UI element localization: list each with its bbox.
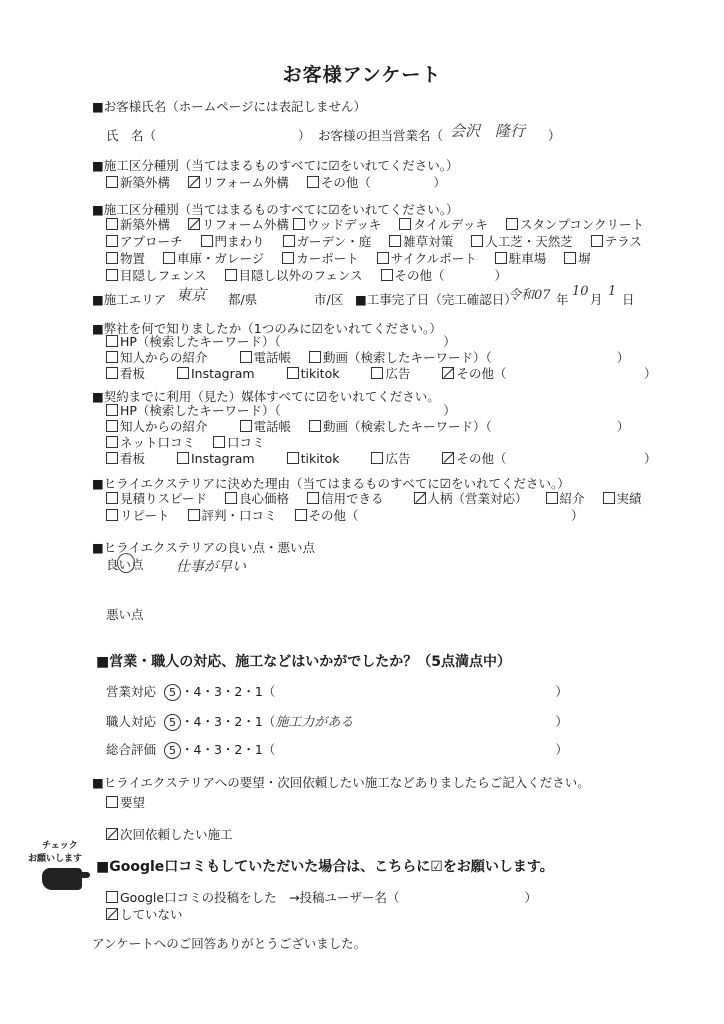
media-used-options: HP（検索したキーワード）（ ） 知人からの紹介 電話帳 動画（検索したキーワー… xyxy=(106,403,670,467)
checkbox-option[interactable]: 看板 xyxy=(106,451,145,466)
checkbox[interactable] xyxy=(295,509,307,521)
checkbox-option[interactable]: ネット口コミ xyxy=(106,435,195,450)
checkbox-option[interactable]: Google口コミの投稿をした →投稿ユーザー名（ ） xyxy=(106,888,537,906)
checkbox[interactable] xyxy=(506,218,518,230)
requests-heading: ■ヒライエクステリアへの要望・次回依頼したい施工などありましたらご記入ください。 xyxy=(92,773,590,791)
google-heading: ■Google口コミもしていただいた場合は、こちらに☑をお願いします。 xyxy=(96,856,554,876)
checkbox-option[interactable]: その他（ ） xyxy=(442,366,656,381)
checkbox[interactable] xyxy=(591,235,603,247)
checkbox[interactable] xyxy=(309,351,321,363)
checkbox-option[interactable]: 要望 xyxy=(106,793,145,811)
name-close: ） xyxy=(298,126,311,144)
rating-heading: ■営業・職人の対応、施工などはいかがでしたか？（5点満点中） xyxy=(96,651,511,671)
checkbox[interactable] xyxy=(603,492,615,504)
checkbox[interactable] xyxy=(495,252,507,264)
option-row: 知人からの紹介 電話帳 動画（検索したキーワード）（ ） xyxy=(106,350,670,366)
checkbox-option[interactable]: HP（検索したキーワード）（ ） xyxy=(106,403,456,418)
sales-label: お客様の担当営業名（ xyxy=(318,126,443,144)
checkbox-option[interactable]: 看板 xyxy=(106,366,145,381)
checkbox[interactable] xyxy=(106,420,118,432)
construction-detail-options: 新築外構 リフォーム外構 ウッドデッキ タイルデッキ スタンプコンクリート アプ… xyxy=(106,216,658,284)
checkbox-option[interactable]: 塀 xyxy=(564,251,591,266)
checkbox-option[interactable]: 車庫・ガレージ xyxy=(163,251,264,266)
checkbox-option[interactable]: 人柄（営業対応） xyxy=(414,491,528,506)
month-field[interactable]: 10 xyxy=(572,284,589,299)
checkbox-checked[interactable] xyxy=(106,828,118,840)
rating-selected-5[interactable]: 5 xyxy=(164,684,181,701)
checkbox-option[interactable]: 目隠し以外のフェンス xyxy=(225,268,363,283)
checkbox[interactable] xyxy=(163,252,175,264)
construction-type-heading: ■施工区分種別（当てはまるものすべてに☑をいれてください。） xyxy=(92,156,459,174)
checkbox-option[interactable]: Instagram xyxy=(177,366,255,381)
checkbox[interactable] xyxy=(546,492,558,504)
pointing-hand-icon xyxy=(42,868,82,890)
checkbox-checked[interactable] xyxy=(188,218,200,230)
reason-options: 見積りスピード 良心価格 信用できる 人柄（営業対応） 紹介 実績 リピート 評… xyxy=(106,490,656,524)
checkbox-option[interactable]: ウッドデッキ xyxy=(293,217,382,232)
option-row: ネット口コミ 口コミ xyxy=(106,435,670,451)
checkbox-option[interactable]: リピート xyxy=(106,508,170,523)
rating-scale[interactable]: ・4・3・2・1（ xyxy=(181,684,275,699)
option-row: 見積りスピード 良心価格 信用できる 人柄（営業対応） 紹介 実績 xyxy=(106,490,656,507)
checkbox[interactable] xyxy=(177,452,189,464)
construction-type-options: 新築外構 リフォーム外構 その他（ ） xyxy=(106,173,460,191)
checkbox[interactable] xyxy=(399,218,411,230)
rating-label: 総合評価 xyxy=(106,742,156,757)
checkbox-option[interactable]: ガーデン・庭 xyxy=(283,234,372,249)
checkbox-option[interactable]: 見積りスピード xyxy=(106,491,207,506)
checkbox-option[interactable]: 電話帳 xyxy=(240,350,292,365)
good-circle-mark xyxy=(117,553,135,573)
rating-selected-5[interactable]: 5 xyxy=(164,714,181,731)
checkbox-option[interactable]: tikitok xyxy=(287,366,340,381)
checkbox[interactable] xyxy=(106,452,118,464)
checkbox-option[interactable]: HP（検索したキーワード）（ ） xyxy=(106,334,456,349)
checkbox-option[interactable]: 新築外構 xyxy=(106,175,170,190)
year-suffix: 年 xyxy=(556,290,569,308)
checkbox[interactable] xyxy=(471,235,483,247)
checkbox-option[interactable]: 動画（検索したキーワード）（ ） xyxy=(309,419,629,434)
checkbox[interactable] xyxy=(106,252,118,264)
how-known-options: HP（検索したキーワード）（ ） 知人からの紹介 電話帳 動画（検索したキーワー… xyxy=(106,334,670,382)
checkbox[interactable] xyxy=(309,420,321,432)
name-heading: ■お客様氏名（ホームページには表記しません） xyxy=(92,97,366,115)
checkbox[interactable] xyxy=(106,218,118,230)
checkbox-option[interactable]: Instagram xyxy=(177,451,255,466)
checkbox-option[interactable]: tikitok xyxy=(287,451,340,466)
checkbox[interactable] xyxy=(225,492,237,504)
checkbox[interactable] xyxy=(213,436,225,448)
checkbox[interactable] xyxy=(240,351,252,363)
month-suffix: 月 xyxy=(590,290,603,308)
checkbox-option[interactable]: 動画（検索したキーワード）（ ） xyxy=(309,350,629,365)
prefecture-suffix: 都/県 xyxy=(228,290,257,308)
checkbox[interactable] xyxy=(106,176,118,188)
sales-close: ） xyxy=(548,126,561,144)
checkbox[interactable] xyxy=(106,796,118,808)
checkbox-option[interactable]: 広告 xyxy=(371,366,410,381)
day-field[interactable]: 1 xyxy=(608,284,616,299)
page-title: お客様アンケート xyxy=(0,60,724,87)
checkbox-checked[interactable] xyxy=(414,492,426,504)
option-row: 物置 車庫・ガレージ カーポート サイクルポート 駐車場 塀 xyxy=(106,250,658,267)
rating-scale[interactable]: ・4・3・2・1（ xyxy=(181,714,275,729)
checkbox[interactable] xyxy=(106,235,118,247)
checkbox[interactable] xyxy=(225,269,237,281)
checkbox-option[interactable]: リフォーム外構 xyxy=(188,175,289,190)
checkbox-option[interactable]: その他（ ） xyxy=(295,508,584,523)
rating-row: 職人対応 5・4・3・2・1（施工力がある） xyxy=(106,711,568,731)
area-label: ■施工エリア xyxy=(92,290,166,308)
checkbox-option[interactable]: テラス xyxy=(591,234,642,249)
checkbox-option[interactable]: 広告 xyxy=(371,451,410,466)
rating-comment[interactable]: 施工力がある xyxy=(275,711,555,730)
checkbox[interactable] xyxy=(188,509,200,521)
checkbox[interactable] xyxy=(106,269,118,281)
checkbox[interactable] xyxy=(564,252,576,264)
checkbox-option[interactable]: 良心価格 xyxy=(225,491,289,506)
checkbox-option[interactable]: タイルデッキ xyxy=(399,217,488,232)
checkbox-option[interactable]: 紹介 xyxy=(546,491,585,506)
checkbox-option[interactable]: 物置 xyxy=(106,251,145,266)
checkbox[interactable] xyxy=(106,492,118,504)
checkbox-option[interactable]: その他（ ） xyxy=(381,268,508,283)
checkbox[interactable] xyxy=(106,367,118,379)
name-label: 氏 名（ xyxy=(106,126,156,144)
checkbox-checked[interactable] xyxy=(442,452,454,464)
checkbox-checked[interactable] xyxy=(106,908,118,920)
checkbox[interactable] xyxy=(381,269,393,281)
checkbox-option[interactable]: カーポート xyxy=(282,251,359,266)
option-row: 目隠しフェンス 目隠し以外のフェンス その他（ ） xyxy=(106,267,658,284)
checkbox[interactable] xyxy=(240,420,252,432)
checkbox-option[interactable]: 雑草対策 xyxy=(389,234,453,249)
checkbox-option[interactable]: サイクルポート xyxy=(377,251,477,266)
checkbox-option[interactable]: 信用できる xyxy=(307,491,384,506)
checkbox[interactable] xyxy=(106,891,118,903)
checkbox-option[interactable]: 知人からの紹介 xyxy=(106,350,208,365)
checkbox[interactable] xyxy=(377,252,389,264)
sales-rep-field[interactable]: 会沢 隆行 xyxy=(450,120,525,141)
bad-point-label: 悪い点 xyxy=(106,605,144,623)
checkbox-checked[interactable] xyxy=(188,176,200,188)
checkbox-option[interactable]: 次回依頼したい施工 xyxy=(106,825,233,843)
good-point-field[interactable]: 仕事が早い xyxy=(176,556,246,576)
footer-thanks: アンケートへのご回答ありがとうございました。 xyxy=(92,934,366,952)
checkbox-checked[interactable] xyxy=(442,367,454,379)
checkbox-option[interactable]: スタンプコンクリート xyxy=(506,217,644,232)
checkbox[interactable] xyxy=(282,252,294,264)
option-row: 新築外構 リフォーム外構 ウッドデッキ タイルデッキ スタンプコンクリート xyxy=(106,216,658,233)
option-row: 看板 Instagram tikitok 広告 その他（ ） xyxy=(106,451,670,467)
option-row: HP（検索したキーワード）（ ） xyxy=(106,334,670,350)
checkbox-option[interactable]: 目隠しフェンス xyxy=(106,268,207,283)
checkbox[interactable] xyxy=(106,351,118,363)
checkbox[interactable] xyxy=(371,452,383,464)
option-row: リピート 評判・口コミ その他（ ） xyxy=(106,507,656,524)
checkbox-option[interactable]: 知人からの紹介 xyxy=(106,419,208,434)
day-suffix: 日 xyxy=(622,290,635,308)
checkbox[interactable] xyxy=(287,367,299,379)
checkbox[interactable] xyxy=(389,235,401,247)
checkbox-option[interactable]: 門まわり xyxy=(201,234,265,249)
completion-date-label: ■工事完了日（完工確認日） xyxy=(355,290,517,308)
checkbox[interactable] xyxy=(307,176,319,188)
rating-label: 職人対応 xyxy=(106,714,156,729)
checkbox-option[interactable]: 実績 xyxy=(603,491,642,506)
check-note-line2: お願いします xyxy=(28,851,82,864)
rating-label: 営業対応 xyxy=(106,684,156,699)
checkbox[interactable] xyxy=(106,436,118,448)
checkbox-option[interactable]: 評判・口コミ xyxy=(188,508,277,523)
checkbox-option[interactable]: 電話帳 xyxy=(240,419,292,434)
rating-row: 総合評価 5・4・3・2・1（） xyxy=(106,740,568,759)
checkbox[interactable] xyxy=(201,235,213,247)
checkbox[interactable] xyxy=(307,492,319,504)
rating-row: 営業対応 5・4・3・2・1（） xyxy=(106,682,568,701)
checkbox-option[interactable]: その他（ ） xyxy=(307,175,446,190)
option-row: HP（検索したキーワード）（ ） xyxy=(106,403,670,419)
option-row: 知人からの紹介 電話帳 動画（検索したキーワード）（ ） xyxy=(106,419,670,435)
city-suffix: 市/区 xyxy=(314,290,343,308)
checkbox[interactable] xyxy=(287,452,299,464)
checkbox[interactable] xyxy=(177,367,189,379)
era-year-field[interactable]: 令和07 xyxy=(508,284,551,303)
option-row: 看板 Instagram tikitok 広告 その他（ ） xyxy=(106,366,670,382)
check-note-line1: チェック xyxy=(42,838,78,851)
checkbox[interactable] xyxy=(293,218,305,230)
checkbox[interactable] xyxy=(106,509,118,521)
checkbox-option[interactable]: 口コミ xyxy=(213,435,265,450)
checkbox[interactable] xyxy=(106,335,118,347)
rating-scale[interactable]: ・4・3・2・1（ xyxy=(181,742,275,757)
checkbox-option[interactable]: アプローチ xyxy=(106,234,183,249)
checkbox-option[interactable]: 人工芝・天然芝 xyxy=(471,234,573,249)
option-row: アプローチ 門まわり ガーデン・庭 雑草対策 人工芝・天然芝 テラス xyxy=(106,233,658,250)
checkbox-option[interactable]: していない xyxy=(106,905,183,923)
checkbox[interactable] xyxy=(283,235,295,247)
checkbox[interactable] xyxy=(371,367,383,379)
checkbox-option[interactable]: 駐車場 xyxy=(495,251,547,266)
checkbox-option[interactable]: 新築外構 xyxy=(106,217,170,232)
checkbox-option[interactable]: リフォーム外構 xyxy=(188,217,289,232)
prefecture-field[interactable]: 東京 xyxy=(176,284,206,305)
checkbox-option[interactable]: その他（ ） xyxy=(442,451,656,466)
rating-selected-5[interactable]: 5 xyxy=(164,742,181,759)
checkbox[interactable] xyxy=(106,404,118,416)
